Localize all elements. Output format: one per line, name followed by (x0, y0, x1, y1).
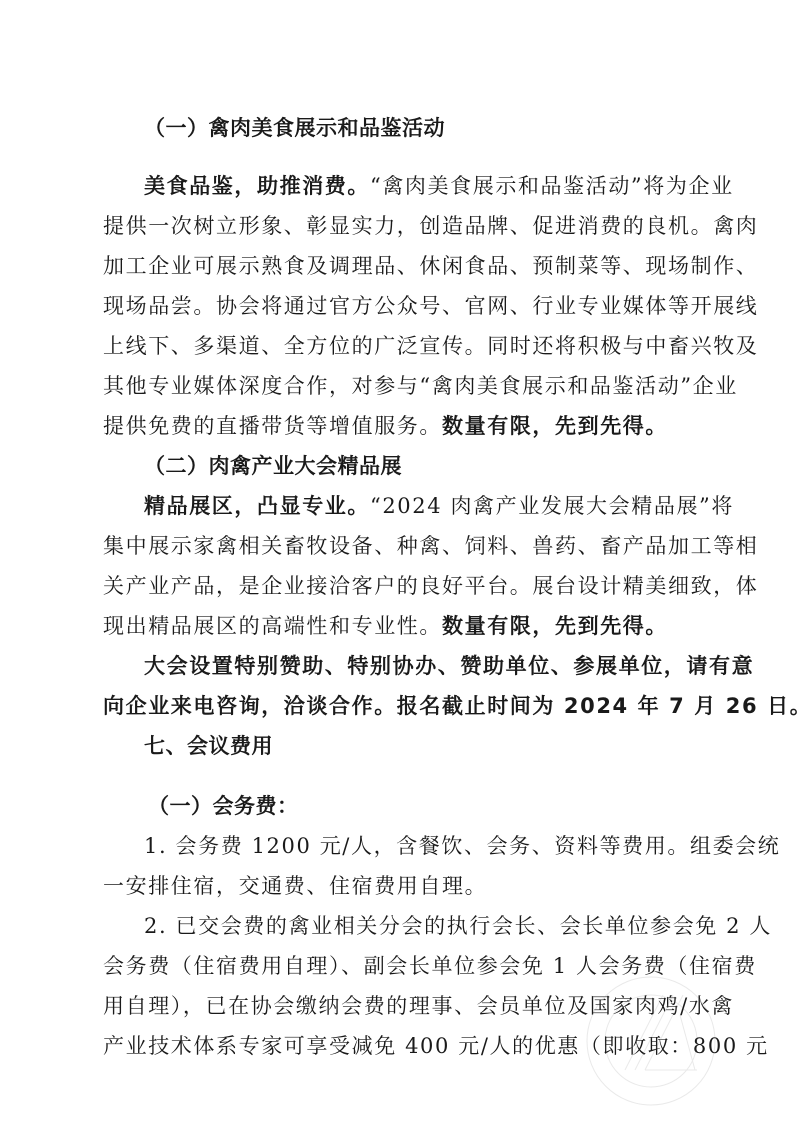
paragraph-line: 上线下、多渠道、全方位的广泛宣传。同时还将积极与中畜兴牧及 (103, 326, 707, 366)
section-heading-premium-exhibition: （二）肉禽产业大会精品展 (144, 446, 707, 486)
fee-item-line: 1. 会务费 1200 元/人，含餐饮、会务、资料等费用。组委会统 (144, 826, 707, 866)
paragraph-line: 提供免费的直播带货等增值服务。数量有限，先到先得。 (103, 406, 707, 446)
tail-bold-text: 数量有限，先到先得。 (442, 414, 668, 438)
paragraph-line: 其他专业媒体深度合作，对参与“禽肉美食展示和品鉴活动”企业 (103, 366, 707, 406)
fee-item-line: 一安排住宿，交通费、住宿费用自理。 (103, 866, 707, 906)
paragraph-line: 精品展区，凸显专业。“2024 肉禽产业发展大会精品展”将 (144, 486, 707, 526)
paragraph-line: 现场品尝。协会将通过官方公众号、官网、行业专业媒体等开展线 (103, 286, 707, 326)
line-text: “2024 肉禽产业发展大会精品展”将 (370, 494, 734, 518)
paragraph-line: 关产业产品，是企业接洽客户的良好平台。展台设计精美细致，体 (103, 566, 707, 606)
sponsor-paragraph-line: 大会设置特别赞助、特别协办、赞助单位、参展单位，请有意 (144, 646, 707, 686)
paragraph-line: 美食品鉴，助推消费。“禽肉美食展示和品鉴活动”将为企业 (144, 166, 707, 206)
line-text: “禽肉美食展示和品鉴活动”将为企业 (370, 174, 734, 198)
fee-item-line: 2. 已交会费的禽业相关分会的执行会长、会长单位参会免 2 人 (144, 906, 707, 946)
lead-bold-text: 美食品鉴，助推消费。 (144, 174, 370, 198)
paragraph-line: 现出精品展区的高端性和专业性。数量有限，先到先得。 (103, 606, 707, 646)
paragraph-line: 提供一次树立形象、彰显实力，创造品牌、促进消费的良机。禽肉 (103, 206, 707, 246)
sub-heading-registration-fee: （一）会务费： (148, 786, 752, 826)
lead-bold-text: 精品展区，凸显专业。 (144, 494, 370, 518)
paragraph-line: 加工企业可展示熟食及调理品、休闲食品、预制菜等、现场制作、 (103, 246, 707, 286)
section-heading-poultry-food-showcase: （一）禽肉美食展示和品鉴活动 (144, 108, 707, 148)
sponsor-paragraph-line: 向企业来电咨询，洽谈合作。报名截止时间为 2024 年 7 月 26 日。 (103, 686, 707, 726)
tail-bold-text: 数量有限，先到先得。 (442, 614, 668, 638)
line-text: 现出精品展区的高端性和专业性。 (103, 614, 442, 638)
association-logo-seal-icon (585, 975, 717, 1107)
paragraph-line: 集中展示家禽相关畜牧设备、种禽、饲料、兽药、畜产品加工等相 (103, 526, 707, 566)
line-text: 提供免费的直播带货等增值服务。 (103, 414, 442, 438)
section-heading-meeting-fees: 七、会议费用 (144, 726, 707, 766)
